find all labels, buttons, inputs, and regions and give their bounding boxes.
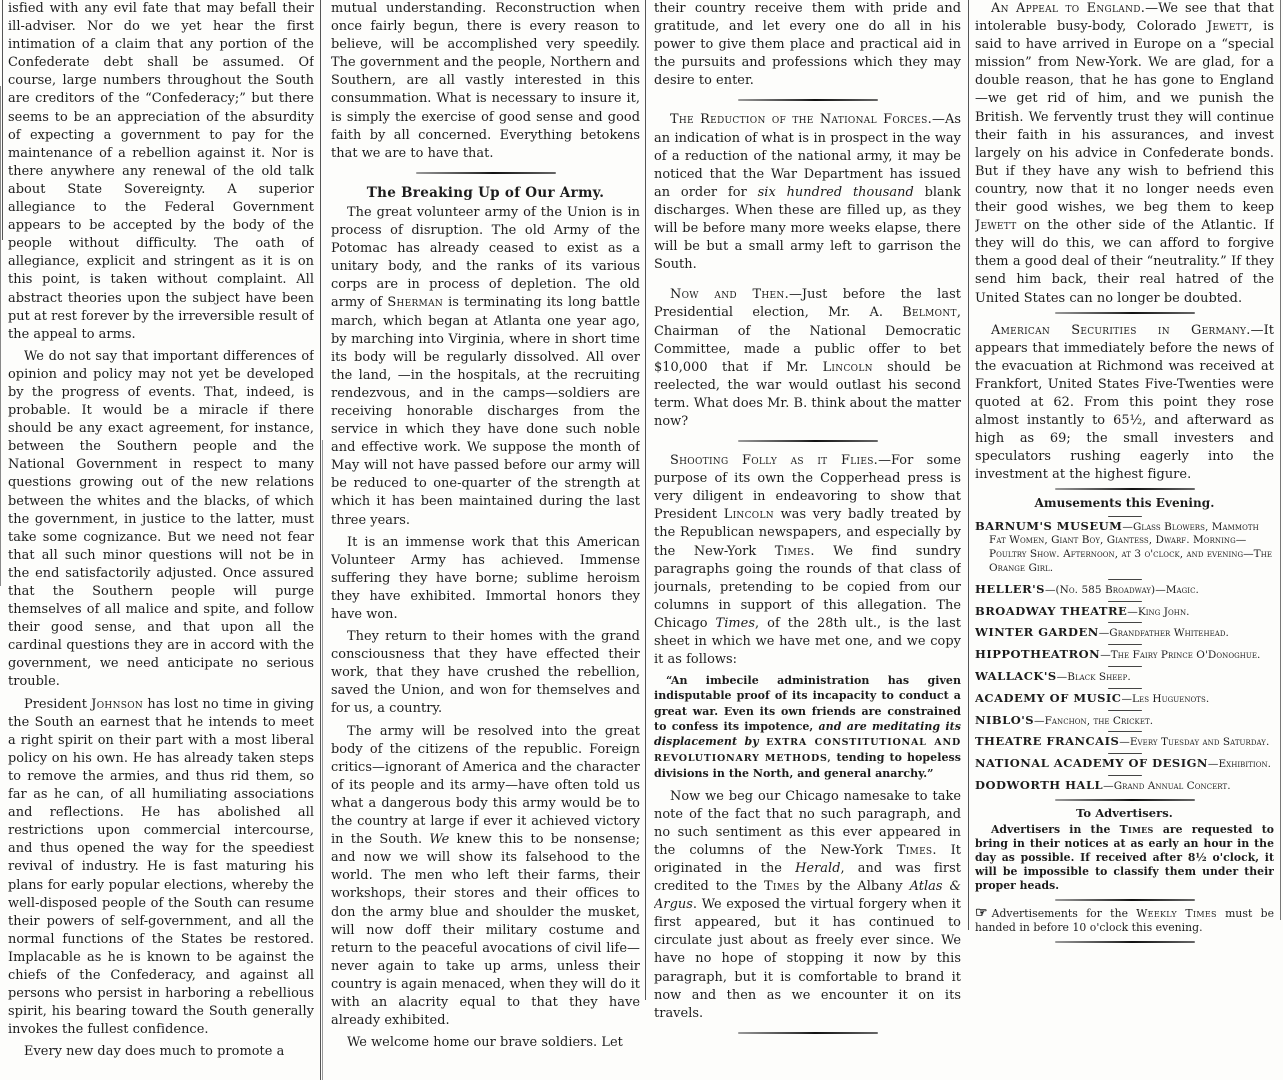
amusement-listing: BARNUM'S MUSEUM—Glass Blowers, Mammoth F… [975, 520, 1274, 576]
column-separator [1055, 899, 1195, 901]
article-paragraph: The army will be resolved into the great… [331, 723, 640, 1031]
amusement-listing: NIBLO'S—Fanchon, the Cricket. [975, 714, 1274, 729]
amusement-listing: DODWORTH HALL—Grand Annual Concert. [975, 779, 1274, 794]
item-title: An Appeal to England. [991, 1, 1145, 16]
item-title: Now and Then. [670, 287, 789, 302]
news-item-now-and-then: Now and Then.—Just before the last Presi… [654, 286, 961, 431]
venue-bill: —(No. 585 Broadway)—Magic. [1045, 584, 1199, 596]
article-paragraph: isfied with any evil fate that may befal… [8, 0, 314, 344]
article-paragraph: We welcome home our brave soldiers. Let [331, 1034, 640, 1052]
venue-name: ACADEMY OF MUSIC [975, 691, 1121, 705]
column-rule [645, 0, 646, 1000]
venue-bill: —Fanchon, the Cricket. [1034, 715, 1153, 727]
column-rule [322, 440, 323, 1080]
column-separator [1055, 312, 1195, 314]
news-item-reduction: The Reduction of the National Forces.—As… [654, 111, 961, 274]
column-separator [738, 1032, 878, 1034]
article-paragraph: Now we beg our Chicago namesake to take … [654, 788, 961, 1023]
article-paragraph: We do not say that important differences… [8, 348, 314, 692]
rule [1108, 753, 1142, 754]
venue-name: HIPPOTHEATRON [975, 647, 1100, 661]
article-paragraph: Every new day does much to promote a [8, 1043, 314, 1061]
column-4: An Appeal to England.—We see that that i… [975, 0, 1274, 1080]
amusements-heading: Amusements this Evening. [975, 494, 1274, 512]
amusement-listing: NATIONAL ACADEMY OF DESIGN—Exhibition. [975, 757, 1274, 772]
venue-name: NATIONAL ACADEMY OF DESIGN [975, 756, 1208, 770]
column-2: mutual understanding. Reconstruction whe… [331, 0, 640, 1080]
article-paragraph: They return to their homes with the gran… [331, 628, 640, 718]
name-sherman: Sherman [387, 295, 443, 310]
venue-bill: —Les Huguenots. [1121, 693, 1209, 705]
pointing-hand-icon: ☞ [975, 905, 988, 921]
column-separator [416, 172, 556, 174]
advertisers-notice: Advertisers in the Times are requested t… [975, 823, 1274, 893]
venue-bill: —The Fairy Prince O'Donoghue. [1100, 649, 1260, 661]
venue-name: HELLER'S [975, 582, 1045, 596]
article-paragraph: It is an immense work that this American… [331, 534, 640, 624]
amusement-listing: BROADWAY THEATRE—King John. [975, 605, 1274, 620]
column-1: isfied with any evil fate that may befal… [8, 0, 314, 1080]
venue-bill: —Grandfather Whitehead. [1099, 627, 1229, 639]
venue-bill: —King John. [1127, 606, 1189, 618]
article-paragraph: The great volunteer army of the Union is… [331, 204, 640, 530]
column-rule [2, 0, 3, 240]
item-title: The Reduction of the National Forces. [670, 112, 932, 127]
column-rule [1280, 0, 1281, 920]
news-item-american-securities: American Securities in Germany.—It appea… [975, 322, 1274, 485]
venue-name: NIBLO'S [975, 713, 1034, 727]
venue-name: BARNUM'S MUSEUM [975, 519, 1122, 533]
article-paragraph: mutual understanding. Reconstruction whe… [331, 0, 640, 163]
column-separator [738, 99, 878, 101]
weekly-times-notice: ☞Advertisements for the Weekly Times mus… [975, 906, 1274, 935]
column-rule [320, 0, 321, 1080]
amusement-listing: ACADEMY OF MUSIC—Les Huguenots. [975, 692, 1274, 707]
venue-name: WALLACK'S [975, 669, 1057, 683]
item-title: American Securities in Germany. [991, 323, 1251, 338]
item-title: Shooting Folly as it Flies. [670, 453, 878, 468]
column-separator [1055, 488, 1195, 490]
venue-name: BROADWAY THEATRE [975, 604, 1127, 618]
amusement-listing: THEATRE FRANCAIS—Every Tuesday and Satur… [975, 735, 1274, 750]
rule [1108, 579, 1142, 580]
rule [1108, 516, 1142, 517]
rule [1108, 775, 1142, 776]
venue-bill: —Grand Annual Concert. [1103, 780, 1230, 792]
venue-bill: —Every Tuesday and Saturday. [1119, 736, 1269, 748]
column-separator [738, 440, 878, 442]
amusement-listing: WALLACK'S—Black Sheep. [975, 670, 1274, 685]
article-paragraph: their country receive them with pride an… [654, 0, 961, 90]
article-headline: The Breaking Up of Our Army. [331, 184, 640, 202]
name-johnson: Johnson [91, 697, 143, 712]
amusements-list: BARNUM'S MUSEUM—Glass Blowers, Mammoth F… [975, 520, 1274, 794]
column-separator [1055, 941, 1195, 943]
amusement-listing: HIPPOTHEATRON—The Fairy Prince O'Donoghu… [975, 648, 1274, 663]
venue-bill: —Black Sheep. [1057, 671, 1131, 683]
amusement-listing: HELLER'S—(No. 585 Broadway)—Magic. [975, 583, 1274, 598]
rule [1108, 710, 1142, 711]
rule [1108, 666, 1142, 667]
advertisers-heading: To Advertisers. [975, 804, 1274, 822]
venue-name: DODWORTH HALL [975, 778, 1103, 792]
quoted-passage: “An imbecile administration has given in… [654, 673, 961, 781]
rule [1108, 731, 1142, 732]
column-rule [0, 86, 1, 586]
rule [1108, 644, 1142, 645]
rule [1108, 622, 1142, 623]
venue-name: WINTER GARDEN [975, 625, 1099, 639]
venue-name: THEATRE FRANCAIS [975, 734, 1119, 748]
column-rule [968, 0, 969, 930]
rule [1108, 688, 1142, 689]
news-item-shooting-folly: Shooting Folly as it Flies.—For some pur… [654, 452, 961, 669]
article-paragraph: President Johnson has lost no time in gi… [8, 696, 314, 1040]
rule [1108, 601, 1142, 602]
column-3: their country receive them with pride an… [654, 0, 961, 1080]
venue-bill: —Exhibition. [1208, 758, 1271, 770]
column-separator [1055, 799, 1195, 801]
news-item-appeal-to-england: An Appeal to England.—We see that that i… [975, 0, 1274, 308]
amusement-listing: WINTER GARDEN—Grandfather Whitehead. [975, 626, 1274, 641]
